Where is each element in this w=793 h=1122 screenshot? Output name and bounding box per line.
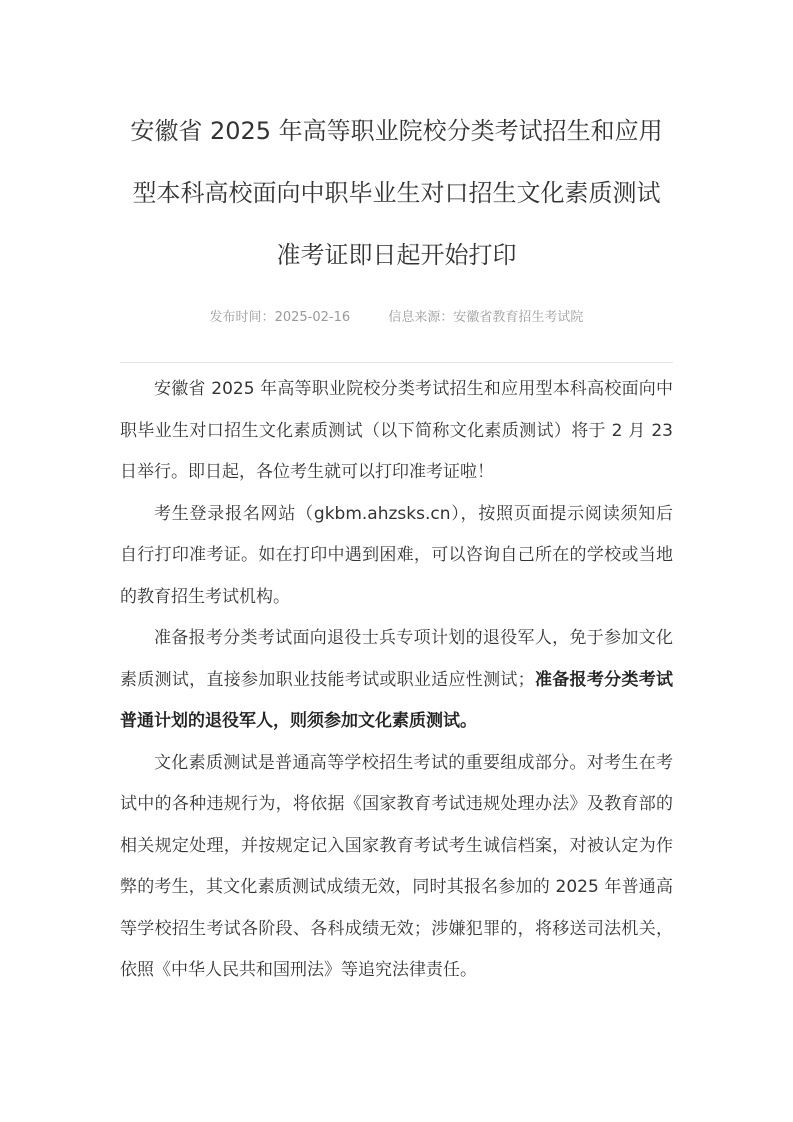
paragraph-1: 安徽省 2025 年高等职业院校分类考试招生和应用型本科高校面向中职毕业生对口招… bbox=[120, 369, 673, 494]
paragraph-3: 准备报考分类考试面向退役士兵专项计划的退役军人，免于参加文化素质测试，直接参加职… bbox=[120, 618, 673, 743]
title-line-1: 安徽省 2025 年高等职业院校分类考试招生和应用 bbox=[120, 100, 673, 162]
publish-time-label: 发布时间： bbox=[210, 310, 275, 325]
article-title: 安徽省 2025 年高等职业院校分类考试招生和应用 型本科高校面向中职毕业生对口… bbox=[120, 100, 673, 286]
title-line-3: 准考证即日起开始打印 bbox=[120, 224, 673, 286]
paragraph-text: 考生登录报名网站（gkbm.ahzsks.cn），按照页面提示阅读须知后自行打印… bbox=[120, 504, 673, 607]
title-line-2: 型本科高校面向中职毕业生对口招生文化素质测试 bbox=[120, 162, 673, 224]
paragraph-4: 文化素质测试是普通高等学校招生考试的重要组成部分。对考生在考试中的各种违规行为，… bbox=[120, 743, 673, 992]
publish-date: 2025-02-16 bbox=[275, 310, 351, 325]
article-meta: 发布时间：2025-02-16 信息来源：安徽省教育招生考试院 bbox=[120, 308, 673, 328]
paragraph-text: 文化素质测试是普通高等学校招生考试的重要组成部分。对考生在考试中的各种违规行为，… bbox=[120, 753, 673, 981]
divider bbox=[120, 362, 673, 363]
paragraph-2: 考生登录报名网站（gkbm.ahzsks.cn），按照页面提示阅读须知后自行打印… bbox=[120, 494, 673, 619]
article: 安徽省 2025 年高等职业院校分类考试招生和应用 型本科高校面向中职毕业生对口… bbox=[120, 100, 673, 992]
article-body: 安徽省 2025 年高等职业院校分类考试招生和应用型本科高校面向中职毕业生对口招… bbox=[120, 369, 673, 992]
paragraph-text: 安徽省 2025 年高等职业院校分类考试招生和应用型本科高校面向中职毕业生对口招… bbox=[120, 379, 673, 482]
source-name: 安徽省教育招生考试院 bbox=[453, 310, 583, 325]
source-label: 信息来源： bbox=[388, 310, 453, 325]
